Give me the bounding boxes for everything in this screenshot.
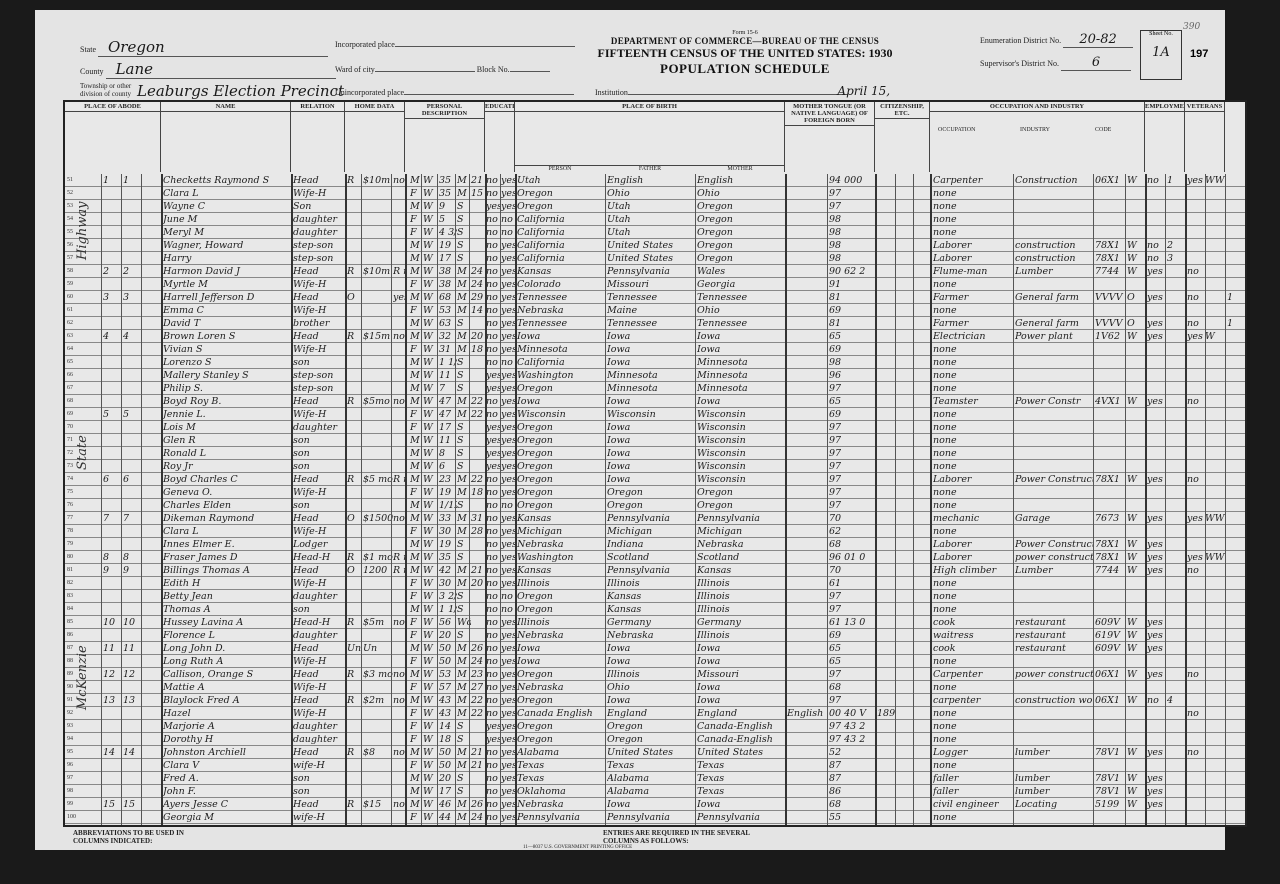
cell-read: yes xyxy=(501,382,515,395)
cell-lay xyxy=(1167,213,1183,226)
cell-fbp: Iowa xyxy=(607,798,695,811)
cell-imm xyxy=(877,538,895,551)
cell-fbp: Utah xyxy=(607,200,695,213)
cell-mbp: Illinois xyxy=(697,590,785,603)
cell-extra xyxy=(1227,746,1241,759)
cell-fam xyxy=(123,772,141,785)
cell-cls xyxy=(1127,733,1143,746)
cell-sch: no xyxy=(486,187,500,200)
cell-fam xyxy=(123,252,141,265)
cell-name: Jennie L. xyxy=(163,408,291,421)
cell-icode xyxy=(1095,460,1127,473)
cell-extra xyxy=(1227,408,1241,421)
cell-fam xyxy=(123,226,141,239)
cell-fbp: Nebraska xyxy=(607,629,695,642)
printer-note: 11—8037 U.S. GOVERNMENT PRINTING OFFICE xyxy=(523,845,632,850)
cell-ind: construction xyxy=(1015,252,1093,265)
cell-fbp: Iowa xyxy=(607,356,695,369)
cell-name: Emma C xyxy=(163,304,291,317)
cell-lang xyxy=(787,291,827,304)
cell-cls xyxy=(1127,525,1143,538)
cell-war xyxy=(1205,291,1225,304)
cell-read: yes xyxy=(501,304,515,317)
cell-am: 26 xyxy=(471,798,485,811)
cell-sch: no xyxy=(486,512,500,525)
cell-fam xyxy=(123,707,141,720)
cell-extra xyxy=(1227,226,1241,239)
cell-mbp: Iowa xyxy=(697,330,785,343)
census-sheet: State Oregon County Lane Township or oth… xyxy=(35,10,1225,850)
cell-emp xyxy=(1147,486,1165,499)
cell-fam: 15 xyxy=(123,798,141,811)
cell-value xyxy=(363,200,393,213)
cell-ind xyxy=(1015,382,1093,395)
cell-line: 66 xyxy=(67,369,85,382)
cell-am xyxy=(471,447,485,460)
cell-fbp: Indiana xyxy=(607,538,695,551)
cell-rel: Head xyxy=(293,798,345,811)
cell-war xyxy=(1205,408,1225,421)
cell-code: 81 xyxy=(829,317,875,330)
cell-fam: 11 xyxy=(123,642,141,655)
cell-am: 24 xyxy=(471,265,485,278)
cell-read: yes xyxy=(501,369,515,382)
cell-bp: Texas xyxy=(517,772,605,785)
cell-vet: yes xyxy=(1187,174,1205,187)
cell-cls xyxy=(1127,577,1143,590)
cell-fbp: Utah xyxy=(607,226,695,239)
cell-emp: no xyxy=(1147,174,1165,187)
cell-war xyxy=(1205,421,1225,434)
cell-ind xyxy=(1015,499,1093,512)
cell-imm xyxy=(877,629,895,642)
cell-name: Geneva O. xyxy=(163,486,291,499)
side-note-mckenzie: McKenzie xyxy=(75,645,90,710)
cell-value xyxy=(363,720,393,733)
cell-mbp: Iowa xyxy=(697,694,785,707)
cell-extra xyxy=(1227,499,1241,512)
cell-fbp: Oregon xyxy=(607,733,695,746)
cell-name: Callison, Orange S xyxy=(163,668,291,681)
cell-lay xyxy=(1167,577,1183,590)
cell-code: 97 xyxy=(829,200,875,213)
cell-line: 98 xyxy=(67,785,85,798)
cell-sch: no xyxy=(486,564,500,577)
cell-fbp: English xyxy=(607,174,695,187)
table-row: 93Marjorie AdaughterFW14SyesyesOregonOre… xyxy=(65,720,1245,733)
cell-extra xyxy=(1227,668,1241,681)
cell-icode: 619V xyxy=(1095,629,1127,642)
cell-value: $5m xyxy=(363,616,393,629)
cell-read: yes xyxy=(501,629,515,642)
cell-emp xyxy=(1147,460,1165,473)
cell-mbp: Texas xyxy=(697,759,785,772)
cell-fbp: Illinois xyxy=(607,668,695,681)
cell-occ: Electrician xyxy=(933,330,1013,343)
cell-value xyxy=(363,213,393,226)
cell-mbp: Germany xyxy=(697,616,785,629)
cell-war xyxy=(1205,213,1225,226)
cell-mbp: Texas xyxy=(697,785,785,798)
cell-occ: Laborer xyxy=(933,252,1013,265)
cell-imm xyxy=(877,434,895,447)
cell-extra xyxy=(1227,525,1241,538)
cell-cls: W xyxy=(1127,265,1143,278)
cell-war xyxy=(1205,798,1225,811)
cell-name: Charles Elden xyxy=(163,499,291,512)
table-row: 96Clara Vwife-HFW50M21noyesTexasTexasTex… xyxy=(65,759,1245,772)
cell-occ: none xyxy=(933,226,1013,239)
cell-lay xyxy=(1167,200,1183,213)
cell-read: no xyxy=(501,590,515,603)
cell-ind: construction work xyxy=(1015,694,1093,707)
cell-value xyxy=(363,590,393,603)
cell-dw: 11 xyxy=(103,642,121,655)
cell-cls: W xyxy=(1127,772,1143,785)
cell-sch: no xyxy=(486,746,500,759)
cell-line: 79 xyxy=(67,538,85,551)
cell-name: Dikeman Raymond xyxy=(163,512,291,525)
cell-read: yes xyxy=(501,252,515,265)
cell-sch: yes xyxy=(486,733,500,746)
cell-lang xyxy=(787,330,827,343)
ward-field: Ward of city Block No. xyxy=(335,65,550,74)
cell-cls xyxy=(1127,681,1143,694)
cell-cls xyxy=(1127,369,1143,382)
grid-line xyxy=(895,174,896,825)
cell-dw xyxy=(103,447,121,460)
cell-emp: yes xyxy=(1147,473,1165,486)
cell-icode xyxy=(1095,811,1127,824)
cell-code: 96 xyxy=(829,369,875,382)
cell-code: 97 xyxy=(829,187,875,200)
cell-icode xyxy=(1095,486,1127,499)
cell-dw xyxy=(103,369,121,382)
cell-fam: 5 xyxy=(123,408,141,421)
cell-vet xyxy=(1187,694,1205,707)
cell-cls: W xyxy=(1127,239,1143,252)
cell-race: W xyxy=(423,226,437,239)
cell-read: yes xyxy=(501,512,515,525)
cell-sch: yes xyxy=(486,421,500,434)
cell-rel: son xyxy=(293,356,345,369)
cell-code: 70 xyxy=(829,564,875,577)
cell-fbp: Iowa xyxy=(607,642,695,655)
cell-fam xyxy=(123,499,141,512)
cell-vet xyxy=(1187,499,1205,512)
cell-bp: Illinois xyxy=(517,577,605,590)
cell-bp: Kansas xyxy=(517,512,605,525)
cell-imm xyxy=(877,616,895,629)
cell-line: 96 xyxy=(67,759,85,772)
cell-emp xyxy=(1147,200,1165,213)
cell-bp: Oregon xyxy=(517,694,605,707)
cell-bp: Iowa xyxy=(517,642,605,655)
cell-code: 98 xyxy=(829,252,875,265)
cell-rel: Wife-H xyxy=(293,577,345,590)
cell-dw: 7 xyxy=(103,512,121,525)
cell-war xyxy=(1205,564,1225,577)
cell-occ: none xyxy=(933,187,1013,200)
cell-dw: 6 xyxy=(103,473,121,486)
cell-imm xyxy=(877,239,895,252)
corner-note: 390 xyxy=(1183,22,1200,32)
cell-fbp: Pennsylvania xyxy=(607,811,695,824)
cell-mbp: Pennsylvania xyxy=(697,512,785,525)
cell-imm xyxy=(877,512,895,525)
cell-lang xyxy=(787,694,827,707)
cell-mbp: Iowa xyxy=(697,655,785,668)
cell-ind: lumber xyxy=(1015,785,1093,798)
cell-war xyxy=(1205,785,1225,798)
cell-name: Harry xyxy=(163,252,291,265)
cell-icode: 78X1 xyxy=(1095,239,1127,252)
cell-code: 87 xyxy=(829,772,875,785)
cell-cls: W xyxy=(1127,629,1143,642)
cell-emp: yes xyxy=(1147,564,1165,577)
footer: ABBREVIATIONS TO BE USED IN COLUMNS INDI… xyxy=(63,825,1243,855)
cell-icode: VVVV xyxy=(1095,317,1127,330)
table-row: 871111Long John D.HeadUnUnMW50M26noyesIo… xyxy=(65,642,1245,655)
table-row: 88Long Ruth AWife-HFW50M24noyesIowaIowaI… xyxy=(65,655,1245,668)
cell-read: yes xyxy=(501,447,515,460)
cell-cls: W xyxy=(1127,551,1143,564)
page-stamp: 197 xyxy=(1190,48,1208,60)
cell-occ: none xyxy=(933,278,1013,291)
cell-code: 65 xyxy=(829,642,875,655)
cell-value xyxy=(363,317,393,330)
cell-am: 24 xyxy=(471,811,485,824)
cell-fam xyxy=(123,590,141,603)
cell-rel: Head xyxy=(293,265,345,278)
cell-emp: no xyxy=(1147,252,1165,265)
cell-extra xyxy=(1227,460,1241,473)
cell-cls: W xyxy=(1127,174,1143,187)
cell-race: W xyxy=(423,525,437,538)
cell-value: $5 mo xyxy=(363,473,393,486)
table-row: 53Wayne CSonMW9SyesyesOregonUtahOregon97… xyxy=(65,200,1245,213)
cell-war xyxy=(1205,473,1225,486)
cell-sch: no xyxy=(486,265,500,278)
cell-ind: Power Construction xyxy=(1015,538,1093,551)
cell-race: W xyxy=(423,447,437,460)
cell-bp: Utah xyxy=(517,174,605,187)
cell-occ: High climber xyxy=(933,564,1013,577)
cell-extra xyxy=(1227,382,1241,395)
cell-dw xyxy=(103,785,121,798)
table-row: 100Georgia Mwife-HFW44M24noyesPennsylvan… xyxy=(65,811,1245,824)
cell-line: 61 xyxy=(67,304,85,317)
cell-lay xyxy=(1167,720,1183,733)
cell-imm xyxy=(877,759,895,772)
cell-mbp: Tennessee xyxy=(697,291,785,304)
cell-vet xyxy=(1187,187,1205,200)
cell-code: 97 xyxy=(829,668,875,681)
cell-occ: none xyxy=(933,720,1013,733)
cell-sch: no xyxy=(486,239,500,252)
cell-cls: W xyxy=(1127,538,1143,551)
cell-fam xyxy=(123,603,141,616)
cell-race: W xyxy=(423,200,437,213)
cell-cls: W xyxy=(1127,798,1143,811)
cell-fbp: Scotland xyxy=(607,551,695,564)
cell-occ: none xyxy=(933,213,1013,226)
cell-code: 52 xyxy=(829,746,875,759)
col-employment: EMPLOYMENT xyxy=(1145,102,1185,172)
cell-dw xyxy=(103,590,121,603)
cell-cls: W xyxy=(1127,395,1143,408)
cell-lang: English xyxy=(787,707,827,720)
cell-imm xyxy=(877,174,895,187)
cell-fam: 7 xyxy=(123,512,141,525)
cell-am xyxy=(471,785,485,798)
cell-read: yes xyxy=(501,746,515,759)
cell-fam xyxy=(123,447,141,460)
cell-read: no xyxy=(501,499,515,512)
cell-sch: no xyxy=(486,681,500,694)
table-row: 991515Ayers Jesse CHeadR$15noMW46M26noye… xyxy=(65,798,1245,811)
cell-cls: W xyxy=(1127,785,1143,798)
cell-read: yes xyxy=(501,434,515,447)
cell-fbp: Minnesota xyxy=(607,369,695,382)
cell-cls: W xyxy=(1127,564,1143,577)
cell-am xyxy=(471,551,485,564)
cell-imm xyxy=(877,473,895,486)
cell-vet xyxy=(1187,226,1205,239)
cell-am xyxy=(471,317,485,330)
cell-emp xyxy=(1147,681,1165,694)
cell-line: 68 xyxy=(67,395,85,408)
cell-vet xyxy=(1187,811,1205,824)
cell-ind: lumber xyxy=(1015,746,1093,759)
cell-line: 64 xyxy=(67,343,85,356)
cell-occ: none xyxy=(933,486,1013,499)
cell-mbp: England xyxy=(697,707,785,720)
schedule-title: POPULATION SCHEDULE xyxy=(595,61,895,77)
cell-ind xyxy=(1015,460,1093,473)
cell-race: W xyxy=(423,252,437,265)
cell-occ: civil engineer xyxy=(933,798,1013,811)
cell-war xyxy=(1205,707,1225,720)
cell-read: yes xyxy=(501,720,515,733)
cell-line: 51 xyxy=(67,174,85,187)
cell-ind: Construction xyxy=(1015,174,1093,187)
cell-value xyxy=(363,382,393,395)
cell-bp: Michigan xyxy=(517,525,605,538)
cell-line: 75 xyxy=(67,486,85,499)
cell-value xyxy=(363,499,393,512)
cell-icode: 78X1 xyxy=(1095,473,1127,486)
cell-lay xyxy=(1167,369,1183,382)
cell-rel: Head xyxy=(293,746,345,759)
cell-occ: Laborer xyxy=(933,551,1013,564)
cell-fbp: Texas xyxy=(607,759,695,772)
cell-lay xyxy=(1167,473,1183,486)
cell-name: Long Ruth A xyxy=(163,655,291,668)
cell-dw xyxy=(103,707,121,720)
cell-am xyxy=(471,200,485,213)
cell-fbp: Iowa xyxy=(607,421,695,434)
cell-bp: Oregon xyxy=(517,720,605,733)
cell-am xyxy=(471,239,485,252)
cell-race: W xyxy=(423,785,437,798)
cell-name: Wayne C xyxy=(163,200,291,213)
cell-rel: Head xyxy=(293,174,345,187)
cell-ind: restaurant xyxy=(1015,629,1093,642)
cell-mbp: Canada-English xyxy=(697,733,785,746)
table-row: 59Myrtle MWife-HFW38M24noyesColoradoMiss… xyxy=(65,278,1245,291)
col-place-of-birth: PLACE OF BIRTH PERSON FATHER MOTHER xyxy=(515,102,785,172)
cell-war xyxy=(1205,616,1225,629)
cell-imm xyxy=(877,408,895,421)
cell-fam xyxy=(123,434,141,447)
cell-bp: California xyxy=(517,226,605,239)
grid-line xyxy=(455,174,456,825)
cell-sch: yes xyxy=(486,382,500,395)
cell-occ: Carpenter xyxy=(933,174,1013,187)
cell-lang xyxy=(787,356,827,369)
cell-race: W xyxy=(423,590,437,603)
cell-occ: none xyxy=(933,369,1013,382)
cell-race: W xyxy=(423,421,437,434)
cell-sch: no xyxy=(486,408,500,421)
cell-value xyxy=(363,525,393,538)
cell-race: W xyxy=(423,187,437,200)
cell-occ: none xyxy=(933,434,1013,447)
cell-dw xyxy=(103,343,121,356)
cell-lay xyxy=(1167,317,1183,330)
cell-code: 97 xyxy=(829,486,875,499)
cell-dw: 8 xyxy=(103,551,121,564)
cell-rel: Head xyxy=(293,330,345,343)
cell-line: 82 xyxy=(67,577,85,590)
cell-value: $2m xyxy=(363,694,393,707)
cell-imm: 1898 xyxy=(877,707,895,720)
cell-occ: faller xyxy=(933,772,1013,785)
cell-read: yes xyxy=(501,785,515,798)
cell-emp: yes xyxy=(1147,629,1165,642)
cell-cls: W xyxy=(1127,694,1143,707)
cell-ind: restaurant xyxy=(1015,642,1093,655)
cell-emp xyxy=(1147,590,1165,603)
cell-ind xyxy=(1015,408,1093,421)
cell-value: $15m xyxy=(363,330,393,343)
cell-war xyxy=(1205,187,1225,200)
cell-lay xyxy=(1167,668,1183,681)
cell-fam xyxy=(123,759,141,772)
grid-line xyxy=(1185,174,1187,825)
cell-sch: no xyxy=(486,395,500,408)
cell-line: 74 xyxy=(67,473,85,486)
cell-lay xyxy=(1167,642,1183,655)
cell-lay xyxy=(1167,226,1183,239)
cell-imm xyxy=(877,291,895,304)
cell-race: W xyxy=(423,382,437,395)
cell-value xyxy=(363,278,393,291)
cell-emp xyxy=(1147,720,1165,733)
cell-vet xyxy=(1187,356,1205,369)
grid-line xyxy=(485,174,487,825)
grid-line xyxy=(101,174,102,825)
cell-value xyxy=(363,538,393,551)
cell-race: W xyxy=(423,746,437,759)
cell-value xyxy=(363,239,393,252)
cell-fbp: Ohio xyxy=(607,187,695,200)
cell-value xyxy=(363,759,393,772)
cell-extra xyxy=(1227,772,1241,785)
cell-name: Philip S. xyxy=(163,382,291,395)
cell-vet xyxy=(1187,733,1205,746)
